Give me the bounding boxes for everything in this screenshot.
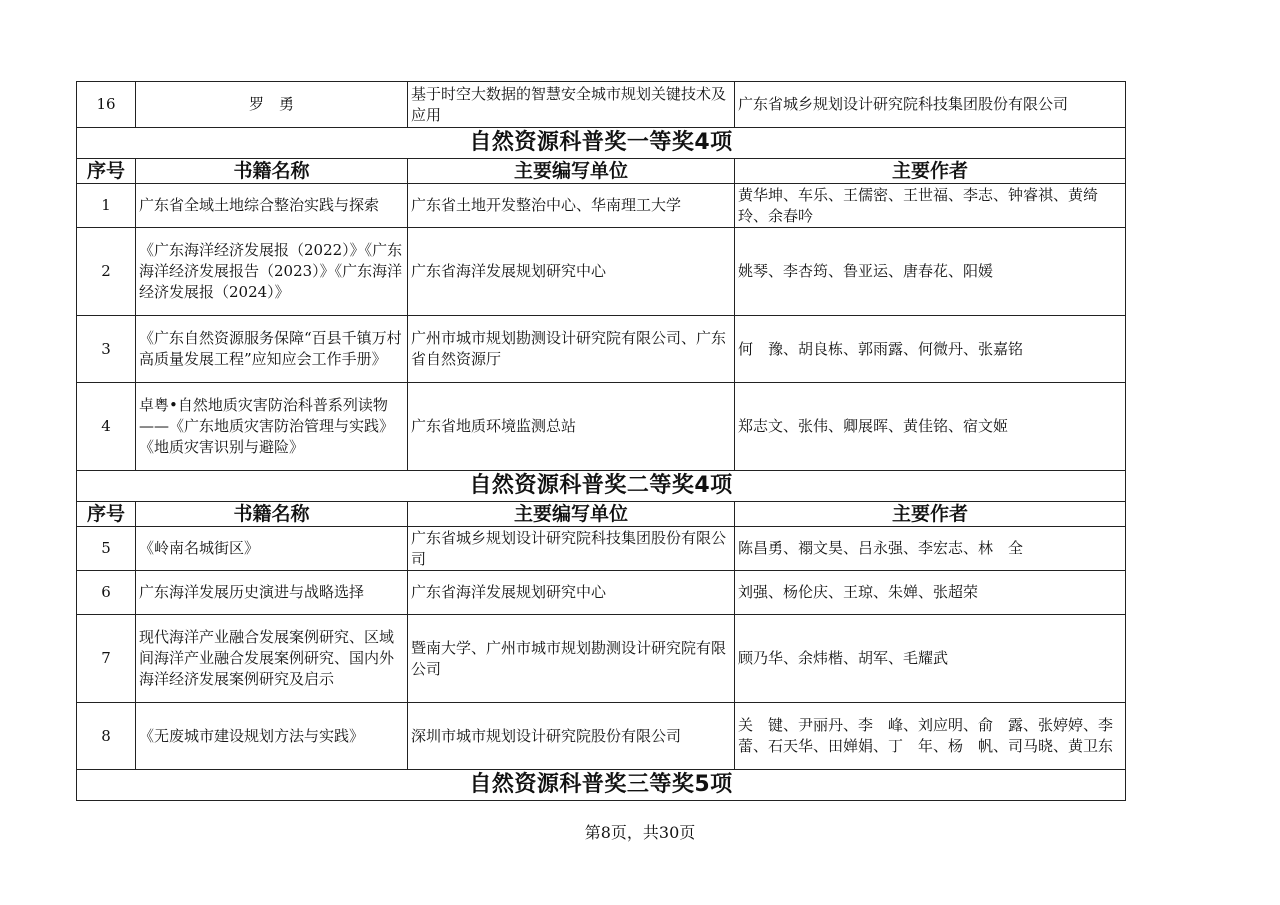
table-row: 8 《无废城市建设规划方法与实践》 深圳市城市规划设计研究院股份有限公司 关 键… [77, 703, 1126, 770]
column-header-row: 序号 书籍名称 主要编写单位 主要作者 [77, 502, 1126, 527]
row-number: 8 [77, 703, 136, 770]
book-title: 广东省全域土地综合整治实践与探索 [136, 184, 408, 228]
column-header-no: 序号 [77, 502, 136, 527]
book-title: 《广东自然资源服务保障“百县千镇万村高质量发展工程”应知应会工作手册》 [136, 316, 408, 383]
winner-name: 罗 勇 [136, 82, 408, 128]
unit-name: 广东省海洋发展规划研究中心 [408, 571, 735, 615]
table-row: 4 卓粤•自然地质灾害防治科普系列读物——《广东地质灾害防治管理与实践》《地质灾… [77, 383, 1126, 471]
row-number: 16 [77, 82, 136, 128]
section-title-row: 自然资源科普奖二等奖4项 [77, 471, 1126, 502]
table-row: 6 广东海洋发展历史演进与战略选择 广东省海洋发展规划研究中心 刘强、杨伦庆、王… [77, 571, 1126, 615]
row-number: 7 [77, 615, 136, 703]
unit-name: 广州市城市规划勘测设计研究院有限公司、广东省自然资源厅 [408, 316, 735, 383]
author-list: 郑志文、张伟、卿展晖、黄佳铭、宿文姬 [735, 383, 1126, 471]
author-list: 刘强、杨伦庆、王琼、朱婵、张超荣 [735, 571, 1126, 615]
book-title: 广东海洋发展历史演进与战略选择 [136, 571, 408, 615]
column-header-unit: 主要编写单位 [408, 502, 735, 527]
row-number: 4 [77, 383, 136, 471]
book-title: 《广东海洋经济发展报（2022）》《广东海洋经济发展报告（2023）》《广东海洋… [136, 228, 408, 316]
award-table: 16 罗 勇 基于时空大数据的智慧安全城市规划关键技术及应用 广东省城乡规划设计… [76, 81, 1126, 801]
author-list: 姚琴、李杏筠、鲁亚运、唐春花、阳媛 [735, 228, 1126, 316]
table-row: 16 罗 勇 基于时空大数据的智慧安全城市规划关键技术及应用 广东省城乡规划设计… [77, 82, 1126, 128]
book-title: 现代海洋产业融合发展案例研究、区域间海洋产业融合发展案例研究、国内外海洋经济发展… [136, 615, 408, 703]
section-title: 自然资源科普奖二等奖4项 [77, 471, 1126, 502]
author-list: 黄华坤、车乐、王儒密、王世福、李志、钟睿祺、黄绮玲、余春吟 [735, 184, 1126, 228]
column-header-authors: 主要作者 [735, 502, 1126, 527]
book-title: 卓粤•自然地质灾害防治科普系列读物——《广东地质灾害防治管理与实践》《地质灾害识… [136, 383, 408, 471]
unit-name: 广东省地质环境监测总站 [408, 383, 735, 471]
unit-name: 广东省城乡规划设计研究院科技集团股份有限公司 [735, 82, 1126, 128]
row-number: 6 [77, 571, 136, 615]
table-row: 5 《岭南名城街区》 广东省城乡规划设计研究院科技集团股份有限公司 陈昌勇、禤文… [77, 527, 1126, 571]
row-number: 5 [77, 527, 136, 571]
column-header-book: 书籍名称 [136, 159, 408, 184]
project-title: 基于时空大数据的智慧安全城市规划关键技术及应用 [408, 82, 735, 128]
row-number: 2 [77, 228, 136, 316]
table-row: 1 广东省全域土地综合整治实践与探索 广东省土地开发整治中心、华南理工大学 黄华… [77, 184, 1126, 228]
column-header-book: 书籍名称 [136, 502, 408, 527]
column-header-authors: 主要作者 [735, 159, 1126, 184]
author-list: 何 豫、胡良栋、郭雨露、何微丹、张嘉铭 [735, 316, 1126, 383]
table-row: 3 《广东自然资源服务保障“百县千镇万村高质量发展工程”应知应会工作手册》 广州… [77, 316, 1126, 383]
table-row: 7 现代海洋产业融合发展案例研究、区域间海洋产业融合发展案例研究、国内外海洋经济… [77, 615, 1126, 703]
section-title: 自然资源科普奖三等奖5项 [77, 770, 1126, 801]
author-list: 顾乃华、余炜楷、胡军、毛耀武 [735, 615, 1126, 703]
award-table-sheet: 16 罗 勇 基于时空大数据的智慧安全城市规划关键技术及应用 广东省城乡规划设计… [76, 81, 1125, 801]
author-list: 陈昌勇、禤文昊、吕永强、李宏志、林 全 [735, 527, 1126, 571]
unit-name: 广东省海洋发展规划研究中心 [408, 228, 735, 316]
book-title: 《无废城市建设规划方法与实践》 [136, 703, 408, 770]
unit-name: 暨南大学、广州市城市规划勘测设计研究院有限公司 [408, 615, 735, 703]
unit-name: 广东省土地开发整治中心、华南理工大学 [408, 184, 735, 228]
column-header-unit: 主要编写单位 [408, 159, 735, 184]
unit-name: 广东省城乡规划设计研究院科技集团股份有限公司 [408, 527, 735, 571]
unit-name: 深圳市城市规划设计研究院股份有限公司 [408, 703, 735, 770]
author-list: 关 键、尹丽丹、李 峰、刘应明、俞 露、张婷婷、李 蕾、石天华、田婵娟、丁 年、… [735, 703, 1126, 770]
table-row: 2 《广东海洋经济发展报（2022）》《广东海洋经济发展报告（2023）》《广东… [77, 228, 1126, 316]
section-title: 自然资源科普奖一等奖4项 [77, 128, 1126, 159]
book-title: 《岭南名城街区》 [136, 527, 408, 571]
column-header-no: 序号 [77, 159, 136, 184]
row-number: 1 [77, 184, 136, 228]
section-title-row: 自然资源科普奖三等奖5项 [77, 770, 1126, 801]
page-number: 第8页，共30页 [0, 820, 1280, 843]
column-header-row: 序号 书籍名称 主要编写单位 主要作者 [77, 159, 1126, 184]
row-number: 3 [77, 316, 136, 383]
section-title-row: 自然资源科普奖一等奖4项 [77, 128, 1126, 159]
